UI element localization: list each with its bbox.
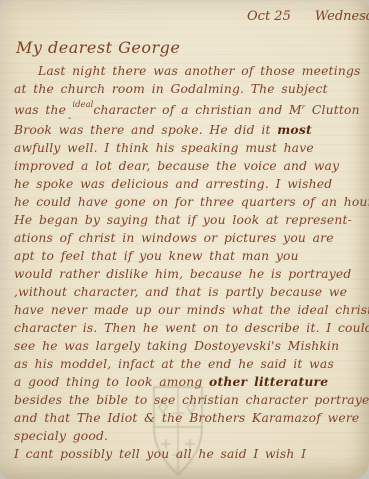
letter-line-segment: Brook was there and spoke. He did it	[14, 123, 277, 137]
letter-line-segment: would rather dislike him, because he is …	[14, 267, 351, 281]
letter-line-segment: besides the bible to see christian chara…	[14, 393, 369, 407]
weekday-text: Wednesday	[315, 9, 369, 24]
letter-line-segment: ations of christ in windows or pictures …	[14, 231, 334, 245]
letter-line: a good thing to look among other littera…	[14, 373, 367, 391]
letter-line-segment: most	[277, 122, 312, 137]
letter-line-segment: a good thing to look among	[14, 375, 209, 389]
letter-line: besides the bible to see christian chara…	[14, 391, 367, 409]
letter-line: Brook was there and spoke. He did it mos…	[14, 121, 367, 139]
letter-line-segment: other litterature	[209, 374, 328, 389]
letter-line: have never made up our minds what the id…	[14, 301, 367, 319]
letter-line: he spoke was delicious and arresting. I …	[14, 175, 367, 193]
letter-line: ations of christ in windows or pictures …	[14, 229, 367, 247]
letter-line-segment: ideal	[72, 100, 93, 110]
letter-line: ,without character, and that is partly b…	[14, 283, 367, 301]
letter-line: I cant possibly tell you all he said I w…	[14, 445, 367, 463]
letter-line-segment: and that The Idiot & the Brothers Karama…	[14, 411, 359, 425]
letter-line-segment: he could have gone on for three quarters…	[14, 195, 369, 209]
letter-line-segment: was the	[14, 103, 66, 117]
letter-line-segment: character is. Then he went on to describ…	[14, 321, 369, 335]
letter-line: He began by saying that if you look at r…	[14, 211, 367, 229]
letter-line-segment: as his moddel, infact at the end he said…	[14, 357, 334, 371]
letter-line-segment: He began by saying that if you look at r…	[14, 213, 352, 227]
letter-paper: Oct 25 Wednesday My dearest George Last …	[0, 0, 369, 479]
letter-line-segment: have never made up our minds what the id…	[14, 303, 369, 317]
letter-line-segment: he spoke was delicious and arresting. I …	[14, 177, 332, 191]
letter-line: Last night there was another of those me…	[14, 62, 367, 80]
letter-line: character is. Then he went on to describ…	[14, 319, 367, 337]
letter-line-segment: Last night there was another of those me…	[38, 64, 361, 78]
letter-line-segment: improved a lot dear, because the voice a…	[14, 159, 339, 173]
letter-line: he could have gone on for three quarters…	[14, 193, 367, 211]
letter-body: Last night there was another of those me…	[14, 62, 367, 463]
letter-line-segment: at the church room in Godalming. The sub…	[14, 82, 328, 96]
letter-line-segment: specialy good.	[14, 429, 108, 443]
salutation: My dearest George	[16, 38, 180, 57]
letter-line: and that The Idiot & the Brothers Karama…	[14, 409, 367, 427]
letter-line-segment: ‸	[68, 110, 71, 120]
letter-line: improved a lot dear, because the voice a…	[14, 157, 367, 175]
letter-line: at the church room in Godalming. The sub…	[14, 80, 367, 98]
letter-line-segment: character of a christian and M	[93, 103, 301, 117]
letter-line-segment: see he was largely taking Dostoyevski's …	[14, 339, 339, 353]
letter-line-segment: I cant possibly tell you all he said I w…	[14, 447, 306, 461]
letter-line: specialy good.	[14, 427, 367, 445]
date-text: Oct 25	[247, 9, 291, 24]
letter-line-segment: apt to feel that if you knew that man yo…	[14, 249, 299, 263]
letter-line: as his moddel, infact at the end he said…	[14, 355, 367, 373]
date-line: Oct 25 Wednesday	[247, 9, 369, 24]
letter-line: awfully well. I think his speaking must …	[14, 139, 367, 157]
letter-line: would rather dislike him, because he is …	[14, 265, 367, 283]
letter-photo: { "letter": { "date": "Oct 25", "weekday…	[0, 0, 369, 479]
letter-line: was the‸idealcharacter of a christian an…	[14, 98, 367, 121]
letter-line-segment: ,without character, and that is partly b…	[14, 285, 347, 299]
letter-line: see he was largely taking Dostoyevski's …	[14, 337, 367, 355]
letter-line-segment: awfully well. I think his speaking must …	[14, 141, 314, 155]
letter-line: apt to feel that if you knew that man yo…	[14, 247, 367, 265]
letter-line-segment: Clutton	[305, 103, 359, 117]
